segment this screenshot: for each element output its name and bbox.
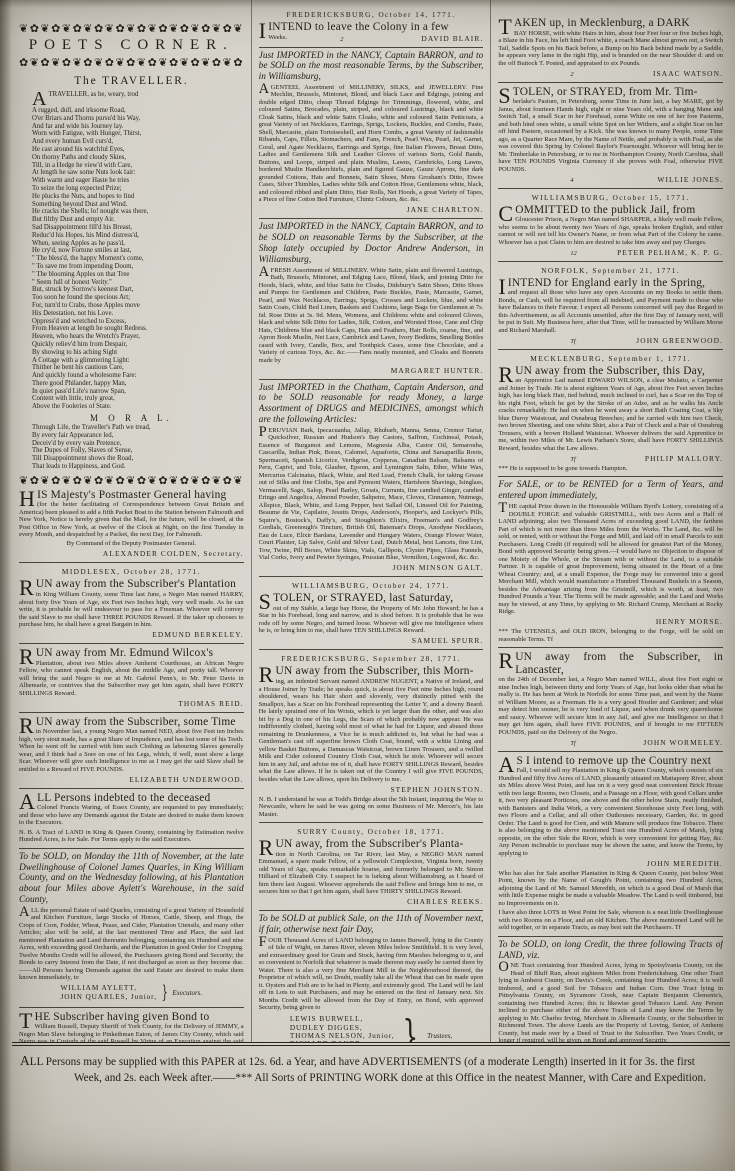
ad-text: AS I intend to remove up the Country nex… xyxy=(498,755,723,858)
ad-printers-mark: Tf xyxy=(570,338,575,345)
ad-headline: I INTEND to leave the Colony in a few xyxy=(259,21,484,34)
poem-line: Through Life, the Traveller's Path we tr… xyxy=(32,424,244,432)
ad-dateline: FREDERICKSBURG, September 28, 1771. xyxy=(259,654,484,663)
ad-text: THE capital Prize drawn in the Honourabl… xyxy=(498,503,723,616)
ornament-band: ❦✿❦✿❦✿❦✿❦✿❦✿❦✿❦✿❦✿❦✿❦✿❦✿❦✿❦✿❦✿❦✿❦ xyxy=(19,474,244,487)
ad-headline: I INTEND for England early in the Spring… xyxy=(498,277,723,290)
brace-glyph: } xyxy=(403,1014,419,1042)
poem-line: The Dupes of Folly, Slaves of Sense, xyxy=(32,447,244,455)
ad-headline: TAKEN up, in Mecklenburg, a DARK xyxy=(498,17,723,30)
ad-signature: EDMUND BERKELEY. xyxy=(152,630,243,639)
ad-heading-italic: Just IMPORTED in the NANCY, Captain BARR… xyxy=(259,222,484,265)
poem-line: " The bless'd, the happy Moment's come, xyxy=(32,255,244,263)
ad-heading-italic: Just IMPORTED in the Chatham, Captain An… xyxy=(259,383,484,426)
ad-imported-chatham-drugs: Just IMPORTED in the Chatham, Captain An… xyxy=(259,379,484,573)
poem-line: Quickly reliev'd him from Despair, xyxy=(32,341,244,349)
ad-signature-line: ALEXANDER COLDEN, Secretary. xyxy=(19,549,244,558)
ad-signature: HENRY MORSE. xyxy=(656,617,723,626)
ad-headline: AS I intend to remove up the Country nex… xyxy=(498,755,723,768)
ad-headline: RUN away from the Subscriber, in Lancast… xyxy=(498,651,723,676)
column-middle: FREDERICKSBURG, October 14, 1771.I INTEN… xyxy=(251,0,491,1042)
ad-note: *** He is supposed to be gone towards Ha… xyxy=(498,465,723,473)
ad-headline: ALL Persons indebted to the deceased xyxy=(19,792,244,805)
ad-text: RUN away from the Subscriber, in Lancast… xyxy=(498,651,723,736)
ad-heading-italic: For SALE, or to be RENTED for a Term of … xyxy=(498,480,723,502)
ad-signature: DAVID BLAIR. xyxy=(421,34,483,43)
ad-signature: STEPHEN JOHNSTON. xyxy=(390,785,483,794)
ad-sale-quarles-estate: To be SOLD, on Monday the 11th of Novemb… xyxy=(19,848,244,1003)
ad-text: COMMITTED to the publick Jail, fromGlouc… xyxy=(498,204,723,247)
ad-text: A FRESH Assortment of MILLINERY. White S… xyxy=(259,267,484,365)
poem-line: Deceiv'd by every vain Pretence, xyxy=(32,440,244,448)
poem-line: Above the Fooleries of State. xyxy=(32,403,244,411)
ad-body: out of my Stable, a large bay Horse, the… xyxy=(259,605,484,635)
poets-corner-title: POETS CORNER. xyxy=(19,37,244,54)
poem-line: Till, in a Hedge he view'd with Care, xyxy=(32,162,244,170)
ad-brace-group: WILLIAM AYLETT,JOHN QUARLES, Junior,}Exe… xyxy=(19,984,244,1002)
ad-headline: THE Subscriber having given Bond to xyxy=(19,1011,244,1024)
poem-line: On thorny Paths and cloudy Skies, xyxy=(32,154,244,162)
ad-text: A GENTEEL Assortment of MILLINERY, SILKS… xyxy=(259,84,484,204)
ad-body: THE capital Prize drawn in the Honourabl… xyxy=(498,503,723,616)
ad-runaway-nugent: FREDERICKSBURG, September 28, 1771.RUN a… xyxy=(259,649,484,818)
poem-line: At length he saw some Nuts look fair: xyxy=(32,169,244,177)
ad-text: PERUVIAN Bark, Ipecacuanha, Jallap, Rhub… xyxy=(259,427,484,562)
ad-note: *** The UTENSILS, and OLD IRON, belongin… xyxy=(498,628,723,643)
ad-estate-waring: ALL Persons indebted to the deceasedColo… xyxy=(19,788,244,844)
ad-signature-line: ELIZABETH UNDERWOOD. xyxy=(19,775,244,784)
ad-sale-meredith-plantation: AS I intend to remove up the Country nex… xyxy=(498,751,723,932)
ad-signature-line: HENRY MORSE. xyxy=(498,617,723,626)
ad-body: Plantation, about two Miles above Amhers… xyxy=(19,660,244,698)
ad-runaway-wilcox: RUN away from Mr. Edmund Wilcox'sPlantat… xyxy=(19,643,244,708)
ad-body: BAY HORSE, with white Hairs in him, abou… xyxy=(498,30,723,68)
ad-body: (for the better facilitating of Correspo… xyxy=(19,501,244,539)
ad-signature: PHILIP MALLORY. xyxy=(645,454,723,463)
ad-imported-nancy-charlton: Just IMPORTED in the NANCY, Captain BARR… xyxy=(259,47,484,215)
ad-body: PERUVIAN Bark, Ipecacuanha, Jallap, Rhub… xyxy=(259,427,484,562)
ad-text: RUN away from the Subscriber, this Morn-… xyxy=(259,665,484,783)
ad-signature-preamble: By Command of the Deputy Postmaster Gene… xyxy=(19,540,244,548)
poem-line: Something beyond Dust and Wind. xyxy=(32,201,244,209)
ad-body: A GENTEEL Assortment of MILLINERY, SILKS… xyxy=(259,84,484,204)
ad-headline: RUN away from the Subscriber, this Day, xyxy=(498,365,723,378)
ad-note: I have also three LOTS in West Point for… xyxy=(498,909,723,932)
ad-imported-nancy-hunter: Just IMPORTED in the NANCY, Captain BARR… xyxy=(259,218,484,374)
column-left: ❦✿❦✿❦✿❦✿❦✿❦✿❦✿❦✿❦✿❦✿❦✿❦✿❦✿❦✿❦✿❦✿❦POETS C… xyxy=(12,0,251,1042)
ad-text: RUN away from the Subscriber, this Day,a… xyxy=(498,365,723,453)
ad-dateline: FREDERICKSBURG, October 14, 1771. xyxy=(259,10,484,19)
ad-signature-line: TfPHILIP MALLORY. xyxy=(498,454,723,463)
ad-brace-names: WILLIAM AYLETT,JOHN QUARLES, Junior, xyxy=(61,984,157,1001)
ad-text: ALL the personal Estate of said Quarles,… xyxy=(19,907,244,982)
poem-line: A TRAVELLER, as he, weary, trod xyxy=(32,91,244,107)
ad-signature: MARGARET HUNTER. xyxy=(391,366,484,375)
ad-signature-line: 4WILLIE JONES. xyxy=(498,175,723,184)
ad-body: on the 24th of December last, a Negro Ma… xyxy=(498,676,723,736)
ad-headline: STOLEN, or STRAYED, from Mr. Tim- xyxy=(498,86,723,99)
poem-line: There good Philander, happy Man, xyxy=(32,380,244,388)
poem-line: To seize the long expected Prize; xyxy=(32,185,244,193)
ad-dateline: WILLIAMSBURG, October 24, 1771. xyxy=(259,581,484,590)
ad-signature-line: 12PETER PELHAM, K. P. G. xyxy=(498,248,723,257)
ad-signature-line: JOHN MINSON GALT. xyxy=(259,563,484,572)
poem-line: Till Disappointment shows the Road, xyxy=(32,455,244,463)
poem-line: But filthy Dust and empty Air. xyxy=(32,216,244,224)
ad-text: HIS Majesty's Postmaster General having(… xyxy=(19,489,244,539)
ad-dateline: SURRY County, October 18, 1771. xyxy=(259,827,484,836)
ad-text: ALL Persons indebted to the deceasedColo… xyxy=(19,792,244,827)
ad-body: berlake's Pasture, in Petersburg, some T… xyxy=(498,98,723,173)
ad-heading-italic: Just IMPORTED in the NANCY, Captain BARR… xyxy=(259,51,484,83)
poem-line: He cracks the Shells; lo! nought was the… xyxy=(32,208,244,216)
ad-signature: JOHN MEREDITH. xyxy=(647,859,723,868)
ad-heading-italic: To be SOLD at publick Sale, on the 11th … xyxy=(259,914,484,936)
poem-line: Content with little, truly great, xyxy=(32,395,244,403)
ad-signature: JOHN MINSON GALT. xyxy=(393,563,484,572)
ad-signature-line: TfJOHN WORMELEY. xyxy=(498,738,723,747)
poem-line: Too soon he found the specious Art; xyxy=(32,294,244,302)
ad-heading-italic: To be SOLD, on Monday the 11th of Novemb… xyxy=(19,852,244,906)
poem-line: Worn with Fatigue, with Hunger, Thirst, xyxy=(32,130,244,138)
footer-imprint: ALL Persons may be supplied with this PA… xyxy=(12,1042,730,1171)
ad-sale-forge-gristmill: For SALE, or to be RENTED for a Term of … xyxy=(498,476,723,643)
ad-dateline: WILLIAMSBURG, October 15, 1771. xyxy=(498,193,723,202)
ad-printers-mark: 2 xyxy=(340,36,343,43)
ad-text: TAKEN up, in Mecklenburg, a DARKBAY HORS… xyxy=(498,17,723,67)
ad-headline: STOLEN, or STRAYED, last Saturday, xyxy=(259,592,484,605)
ad-signature: CHARLES REEKS. xyxy=(407,897,483,906)
ad-brace-names: LEWIS BURWELL,DUDLEY DIGGES,THOMAS NELSO… xyxy=(290,1015,395,1042)
poem-line: " The blooming Apples on that Tree xyxy=(32,271,244,279)
ad-stolen-horse-howard: WILLIAMSBURG, October 24, 1771.STOLEN, o… xyxy=(259,576,484,645)
ad-body: ONE Tract containing four Hundred Acres,… xyxy=(498,962,723,1042)
ornament-band: ❦✿❦✿❦✿❦✿❦✿❦✿❦✿❦✿❦✿❦✿❦✿❦✿❦✿❦✿❦✿❦✿❦ xyxy=(19,22,244,35)
ad-intend-leave-colony: FREDERICKSBURG, October 14, 1771.I INTEN… xyxy=(259,9,484,43)
ad-text: I INTEND for England early in the Spring… xyxy=(498,277,723,335)
poem-line: When, seeing Apples as he pass'd, xyxy=(32,240,244,248)
poem-line: With warm and eager Haste he tries xyxy=(32,177,244,185)
ad-text: RUN away, from the Subscriber's Planta-t… xyxy=(259,838,484,896)
ad-committed-sharper: WILLIAMSBURG, October 15, 1771.COMMITTED… xyxy=(498,188,723,257)
poem-line: He cry'd, now Fortune smiles at last, xyxy=(32,247,244,255)
poem-line: And every human Evil curs'd, xyxy=(32,138,244,146)
ad-brace-name: JOHN QUARLES, Junior, xyxy=(61,993,157,1001)
ad-signature: ALEXANDER COLDEN, Secretary. xyxy=(103,549,244,558)
brace-glyph: } xyxy=(162,984,168,1002)
ad-runaway-ned: RUN away from the Subscriber, some Timei… xyxy=(19,712,244,784)
poem-line: Heaven, who hears the Wretch's Prayer, xyxy=(32,333,244,341)
imprint-text: ALL Persons may be supplied with this PA… xyxy=(16,1053,724,1086)
ad-brace-group: LEWIS BURWELL,DUDLEY DIGGES,THOMAS NELSO… xyxy=(259,1014,484,1042)
ad-signature-line: THOMAS REID. xyxy=(19,699,244,708)
poets-corner-poem: The TRAVELLER.A TRAVELLER, as he, weary,… xyxy=(19,71,244,471)
poem-line: A Cottage with a glimmering Light: xyxy=(32,357,244,365)
ad-dateline: MECKLENBURG, September 1, 1771. xyxy=(498,354,723,363)
ad-body: ing, an indented Servant named ANDREW NU… xyxy=(259,678,484,783)
ad-body: ALL the personal Estate of said Quarles,… xyxy=(19,907,244,982)
ad-signature: JOHN WORMELEY. xyxy=(643,738,723,747)
poem-line: His Detestation, not his Love. xyxy=(32,310,244,318)
ad-text: THE Subscriber having given Bond toWilli… xyxy=(19,1011,244,1042)
ad-signature-line: CHARLES REEKS. xyxy=(259,897,484,906)
ad-bond-jemmy: THE Subscriber having given Bond toWilli… xyxy=(19,1007,244,1042)
ad-body: in King William County, some Time last J… xyxy=(19,591,244,629)
ad-dateline: NORFOLK, September 21, 1771. xyxy=(498,266,723,275)
ad-signature-line: MARGARET HUNTER. xyxy=(259,366,484,375)
poem-line: For, turn'd to Crabs, those Apples move xyxy=(32,302,244,310)
ad-headline: COMMITTED to the publick Jail, from xyxy=(498,204,723,217)
ad-headline: RUN away from Mr. Edmund Wilcox's xyxy=(19,647,244,660)
poem-title: The TRAVELLER. xyxy=(19,75,244,87)
ad-printers-mark: Tf xyxy=(570,740,575,747)
ad-signature-line: 2DAVID BLAIR. xyxy=(268,34,483,43)
poem-line: Thither he bent his cautious Care, xyxy=(32,364,244,372)
ad-headline: RUN away from the Subscriber's Plantatio… xyxy=(19,578,244,591)
ad-note: N. B. I understand he was at Todd's Brid… xyxy=(259,796,484,819)
moral-title: M O R A L. xyxy=(19,413,244,423)
poem-line: In quiet pass'd Life's narrow Span, xyxy=(32,388,244,396)
ad-text: STOLEN, or STRAYED, last Saturday,out of… xyxy=(259,592,484,635)
poem-line: And quickly found a wholesome Fare: xyxy=(32,372,244,380)
ad-signature: SAMUEL SPURR. xyxy=(412,636,484,645)
ad-body: A FRESH Assortment of MILLINERY. White S… xyxy=(259,267,484,365)
poem-line: O'er Briars and Thorns pursu'd his Way, xyxy=(32,115,244,123)
ad-signature: ISAAC WATSON. xyxy=(653,69,723,78)
ad-runaway-harry: MIDDLESEX, October 28, 1771.RUN away fro… xyxy=(19,562,244,639)
poem-line: And far and wide his Journey lay. xyxy=(32,123,244,131)
ad-brace-label: Trustees, xyxy=(427,1032,452,1040)
ad-body: tion in North Carolina, on Tar River, la… xyxy=(259,851,484,896)
poem-line: " Seem full of honest Verity." xyxy=(32,279,244,287)
ad-signature-line: JOHN MEREDITH. xyxy=(498,859,723,868)
poem-line: By showing to his aching Sight xyxy=(32,349,244,357)
ad-text: ONE Tract containing four Hundred Acres,… xyxy=(498,962,723,1042)
ad-runaway-edward-wilson: MECKLENBURG, September 1, 1771.RUN away … xyxy=(498,349,723,473)
ad-signature: JANE CHARLTON. xyxy=(407,205,484,214)
poem-line: Oppress'd and wretched to Excess, xyxy=(32,318,244,326)
ad-text: RUN away from the Subscriber, some Timei… xyxy=(19,716,244,774)
poem-line: He cast around his watchful Eyes, xyxy=(32,146,244,154)
ad-body: Gloucester Prison, a Negro Man named SHA… xyxy=(498,216,723,246)
ad-signature: ELIZABETH UNDERWOOD. xyxy=(129,775,243,784)
ad-signature: JOHN GREENWOOD. xyxy=(636,336,723,345)
ad-headline: RUN away from the Subscriber, this Morn- xyxy=(259,665,484,678)
ad-body: Colonel Francis Waring, of Essex County,… xyxy=(19,804,244,827)
ad-signature-line: SAMUEL SPURR. xyxy=(259,636,484,645)
ornament-band: ✿❦✿❦✿❦✿❦✿❦✿❦✿❦✿❦✿❦✿❦✿❦✿❦✿❦✿❦✿❦✿❦✿ xyxy=(19,56,244,69)
ad-heading-italic: To be SOLD, on long Credit, the three fo… xyxy=(498,940,723,962)
ad-dateline: MIDDLESEX, October 28, 1771. xyxy=(19,567,244,576)
ad-taken-up-horse: TAKEN up, in Mecklenburg, a DARKBAY HORS… xyxy=(498,17,723,78)
ad-body: FOUR Thousand Acres of LAND belonging to… xyxy=(259,937,484,1012)
ad-body: Fall, I would sell my Plantation in King… xyxy=(498,767,723,857)
ad-signature-line: 2ISAAC WATSON. xyxy=(498,69,723,78)
poem-line: That leads to Happiness, and God. xyxy=(32,463,244,471)
ad-note: N. B. A Tract of LAND in King & Queen Co… xyxy=(19,829,244,844)
poem-line: By every fair Appearance led, xyxy=(32,432,244,440)
page-edge-shading-left xyxy=(0,0,12,1171)
ad-headline: RUN away, from the Subscriber's Planta- xyxy=(259,838,484,851)
ad-signature: THOMAS REID. xyxy=(178,699,243,708)
ad-runaway-emmanuel: SURRY County, October 18, 1771.RUN away,… xyxy=(259,822,484,906)
ad-body: William Russell, Deputy Sheriff of York … xyxy=(19,1023,244,1042)
ad-text: FOUR Thousand Acres of LAND belonging to… xyxy=(259,937,484,1012)
ad-note: Who has also for Sale another Plantation… xyxy=(498,870,723,908)
ad-signature-line: EDMUND BERKELEY. xyxy=(19,630,244,639)
ad-headline: HIS Majesty's Postmaster General having xyxy=(19,489,244,502)
ad-signature-line: TfJOHN GREENWOOD. xyxy=(498,336,723,345)
ad-text: STOLEN, or STRAYED, from Mr. Tim-berlake… xyxy=(498,86,723,174)
poem-line: From Heaven at length he sought Redress. xyxy=(32,325,244,333)
poem-line: He plucks the Nuts, and hopes to find xyxy=(32,193,244,201)
ad-sale-three-tracts: To be SOLD, on long Credit, the three fo… xyxy=(498,936,723,1042)
newspaper-page: ❦✿❦✿❦✿❦✿❦✿❦✿❦✿❦✿❦✿❦✿❦✿❦✿❦✿❦✿❦✿❦✿❦POETS C… xyxy=(0,0,735,1171)
ad-runaway-will: RUN away from the Subscriber, in Lancast… xyxy=(498,647,723,747)
poem-line: But, struck by Sorrow's keenest Dart, xyxy=(32,286,244,294)
ad-sale-burwell-land: To be SOLD at publick Sale, on the 11th … xyxy=(259,910,484,1042)
ad-printers-mark: Tf xyxy=(570,456,575,463)
ad-intend-england-greenwood: NORFOLK, September 21, 1771.I INTEND for… xyxy=(498,261,723,345)
ad-brace-label: Executors. xyxy=(172,989,202,997)
ad-printers-mark: 12 xyxy=(570,250,576,257)
ad-body: an Apprentice Lad named EDWARD WILSON, a… xyxy=(498,377,723,452)
ad-signature-line: STEPHEN JOHNSTON. xyxy=(259,785,484,794)
ad-printers-mark: 2 xyxy=(570,71,573,78)
ad-body: in November last, a young Negro Man name… xyxy=(19,728,244,773)
poem-line: " To save me from impending Doom, xyxy=(32,263,244,271)
ad-headline: RUN away from the Subscriber, some Time xyxy=(19,716,244,729)
columns-container: ❦✿❦✿❦✿❦✿❦✿❦✿❦✿❦✿❦✿❦✿❦✿❦✿❦✿❦✿❦✿❦✿❦POETS C… xyxy=(12,0,730,1042)
ad-text: RUN away from the Subscriber's Plantatio… xyxy=(19,578,244,628)
ad-text: RUN away from Mr. Edmund Wilcox'sPlantat… xyxy=(19,647,244,697)
ad-signature: WILLIE JONES. xyxy=(657,175,723,184)
poem-line: Sad Disappointment fill'd his Breast, xyxy=(32,224,244,232)
ad-signature-line: JANE CHARLTON. xyxy=(259,205,484,214)
poem-line: A rugged, dull, and irksome Road, xyxy=(32,107,244,115)
poem-line: Reduc'd his Hopes, his Mind distress'd, xyxy=(32,232,244,240)
ad-stolen-mare-nettle: STOLEN, or STRAYED, from Mr. Tim-berlake… xyxy=(498,82,723,184)
ad-postmaster-general: HIS Majesty's Postmaster General having(… xyxy=(19,489,244,559)
column-right: TAKEN up, in Mecklenburg, a DARKBAY HORS… xyxy=(490,0,730,1042)
ad-signature: PETER PELHAM, K. P. G. xyxy=(617,248,723,257)
ad-printers-mark: 4 xyxy=(570,177,573,184)
ad-body: and request all those who have any open … xyxy=(498,289,723,334)
